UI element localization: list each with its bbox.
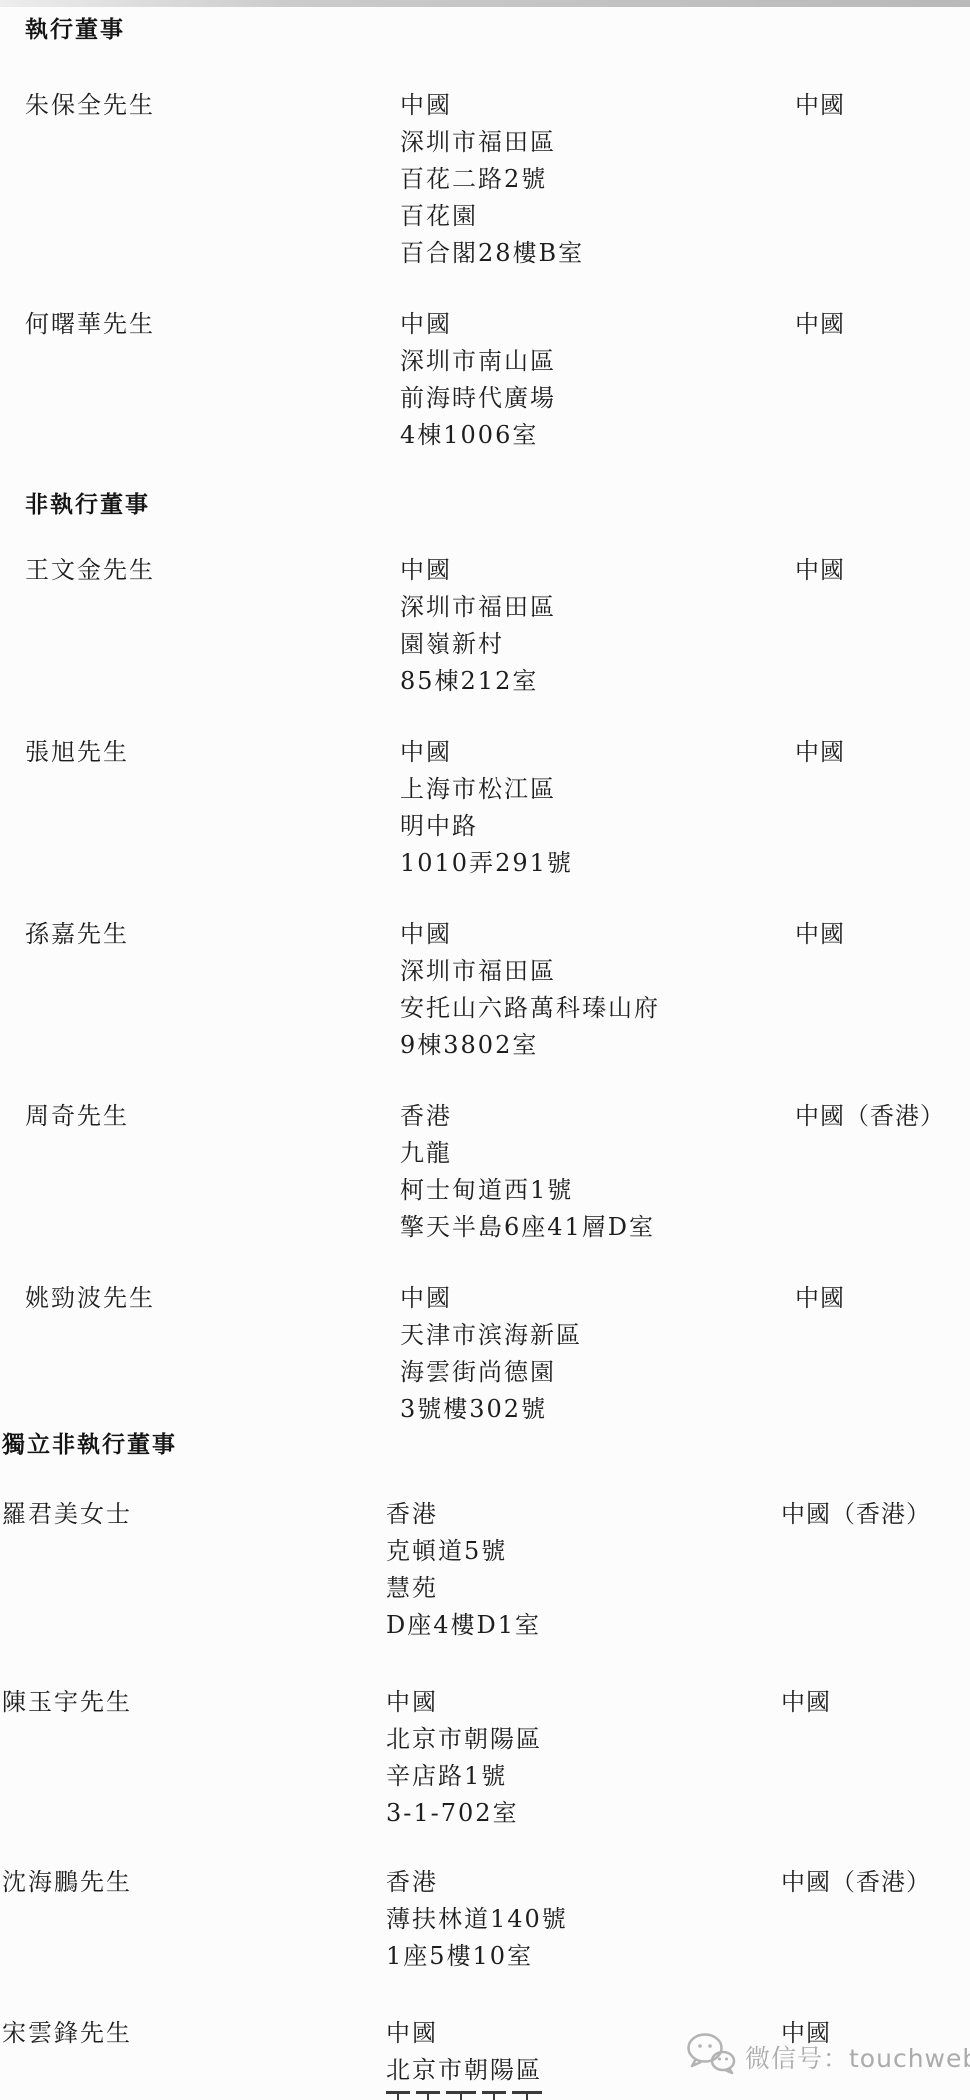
address-line: D座4樓D1室 xyxy=(386,1607,781,1644)
director-address: 中國 天津市滨海新區 海雲街尚德園 3號樓302號 xyxy=(400,1280,795,1428)
watermark: 微信号：touchweb xyxy=(686,2032,970,2082)
address-line: 1010弄291號 xyxy=(400,845,795,882)
address-line: 深圳市福田區 xyxy=(400,953,795,990)
director-row: 孫嘉先生 中國 深圳市福田區 安托山六路萬科瑧山府 9棟3802室 中國 xyxy=(25,916,970,1064)
address-line: 3-1-702室 xyxy=(386,1795,781,1832)
director-address: 香港 克頓道5號 慧苑 D座4樓D1室 xyxy=(386,1496,781,1644)
director-nationality: 中國 xyxy=(795,552,970,589)
clipped-glyph-top xyxy=(482,2091,506,2100)
address-line: 柯士甸道西1號 xyxy=(400,1172,795,1209)
director-address: 香港 薄扶林道140號 1座5樓10室 xyxy=(386,1864,781,1975)
address-line: 園嶺新村 xyxy=(400,626,795,663)
director-row: 周奇先生 香港 九龍 柯士甸道西1號 擎天半島6座41層D室 中國（香港） xyxy=(25,1098,970,1246)
section-header: 執行董事 xyxy=(25,13,970,47)
director-address: 中國 上海市松江區 明中路 1010弄291號 xyxy=(400,734,795,882)
director-name: 張旭先生 xyxy=(25,734,400,771)
director-nationality: 中國 xyxy=(795,1280,970,1317)
director-name: 沈海鵬先生 xyxy=(2,1864,386,1901)
clipped-glyph-top xyxy=(446,2091,476,2100)
address-line: 天津市滨海新區 xyxy=(400,1317,795,1354)
director-row: 沈海鵬先生 香港 薄扶林道140號 1座5樓10室 中國（香港） xyxy=(2,1864,970,1975)
address-line: 深圳市福田區 xyxy=(400,589,795,626)
address-line: 3號樓302號 xyxy=(400,1391,795,1428)
director-nationality: 中國 xyxy=(795,306,970,343)
address-line: 4棟1006室 xyxy=(400,417,795,454)
watermark-label: 微信号：touchweb xyxy=(745,2039,970,2075)
address-line: 深圳市福田區 xyxy=(400,124,795,161)
address-line: 香港 xyxy=(400,1098,795,1135)
address-line: 九龍 xyxy=(400,1135,795,1172)
directors-address-document: 執行董事 朱保全先生 中國 深圳市福田區 百花二路2號 百花園 百合閣28樓B室… xyxy=(0,13,970,2100)
address-line: 中國 xyxy=(400,306,795,343)
director-row: 姚勁波先生 中國 天津市滨海新區 海雲街尚德園 3號樓302號 中國 xyxy=(25,1280,970,1428)
director-row: 朱保全先生 中國 深圳市福田區 百花二路2號 百花園 百合閣28樓B室 中國 xyxy=(25,87,970,272)
director-address: 中國 北京市朝陽區 辛店路1號 3-1-702室 xyxy=(386,1684,781,1832)
address-line: 香港 xyxy=(386,1496,781,1533)
clipped-glyph-top xyxy=(386,2091,410,2100)
director-row: 張旭先生 中國 上海市松江區 明中路 1010弄291號 中國 xyxy=(25,734,970,882)
director-nationality: 中國（香港） xyxy=(781,1496,970,1533)
clipped-glyph-top xyxy=(512,2091,542,2100)
section-executive-directors: 執行董事 朱保全先生 中國 深圳市福田區 百花二路2號 百花園 百合閣28樓B室… xyxy=(25,13,970,454)
director-nationality: 中國 xyxy=(795,87,970,124)
clipped-text-fragment xyxy=(386,2089,781,2100)
director-row: 王文金先生 中國 深圳市福田區 園嶺新村 85棟212室 中國 xyxy=(25,552,970,700)
address-line: 9棟3802室 xyxy=(400,1027,795,1064)
clipped-glyph-top xyxy=(416,2091,440,2100)
address-line: 慧苑 xyxy=(386,1570,781,1607)
director-name: 羅君美女士 xyxy=(2,1496,386,1533)
director-nationality: 中國（香港） xyxy=(795,1098,970,1135)
section-independent-non-executive-directors: 獨立非執行董事 羅君美女士 香港 克頓道5號 慧苑 D座4樓D1室 中國（香港）… xyxy=(2,1428,970,2100)
director-address: 中國 深圳市福田區 安托山六路萬科瑧山府 9棟3802室 xyxy=(400,916,795,1064)
address-line: 深圳市南山區 xyxy=(400,343,795,380)
address-line: 1座5樓10室 xyxy=(386,1938,781,1975)
address-line: 85棟212室 xyxy=(400,663,795,700)
address-line: 香港 xyxy=(386,1864,781,1901)
section-non-executive-directors: 非執行董事 王文金先生 中國 深圳市福田區 園嶺新村 85棟212室 中國 張旭… xyxy=(25,488,970,1428)
director-name: 周奇先生 xyxy=(25,1098,400,1135)
address-line: 北京市朝陽區 xyxy=(386,1721,781,1758)
director-address: 中國 深圳市福田區 百花二路2號 百花園 百合閣28樓B室 xyxy=(400,87,795,272)
address-line: 中國 xyxy=(400,87,795,124)
address-line: 前海時代廣場 xyxy=(400,380,795,417)
director-nationality: 中國 xyxy=(795,916,970,953)
address-line: 薄扶林道140號 xyxy=(386,1901,781,1938)
director-name: 陳玉宇先生 xyxy=(2,1684,386,1721)
director-name: 孫嘉先生 xyxy=(25,916,400,953)
address-line: 中國 xyxy=(386,1684,781,1721)
address-line: 海雲街尚德園 xyxy=(400,1354,795,1391)
director-name: 姚勁波先生 xyxy=(25,1280,400,1317)
director-address: 中國 深圳市福田區 園嶺新村 85棟212室 xyxy=(400,552,795,700)
address-line: 辛店路1號 xyxy=(386,1758,781,1795)
address-line: 明中路 xyxy=(400,808,795,845)
director-row: 羅君美女士 香港 克頓道5號 慧苑 D座4樓D1室 中國（香港） xyxy=(2,1496,970,1644)
address-line: 安托山六路萬科瑧山府 xyxy=(400,990,795,1027)
wechat-icon xyxy=(686,2032,736,2082)
director-row: 何曙華先生 中國 深圳市南山區 前海時代廣場 4棟1006室 中國 xyxy=(25,306,970,454)
address-line: 百合閣28樓B室 xyxy=(400,235,795,272)
address-line: 克頓道5號 xyxy=(386,1533,781,1570)
director-row: 陳玉宇先生 中國 北京市朝陽區 辛店路1號 3-1-702室 中國 xyxy=(2,1684,970,1832)
director-address: 中國 深圳市南山區 前海時代廣場 4棟1006室 xyxy=(400,306,795,454)
director-name: 王文金先生 xyxy=(25,552,400,589)
address-line: 中國 xyxy=(400,916,795,953)
address-line: 中國 xyxy=(400,552,795,589)
director-name: 何曙華先生 xyxy=(25,306,400,343)
address-line: 中國 xyxy=(400,734,795,771)
address-line: 中國 xyxy=(400,1280,795,1317)
section-header: 非執行董事 xyxy=(25,488,970,522)
director-address: 香港 九龍 柯士甸道西1號 擎天半島6座41層D室 xyxy=(400,1098,795,1246)
director-nationality: 中國 xyxy=(781,1684,970,1721)
director-name: 宋雲鋒先生 xyxy=(2,2015,386,2052)
director-nationality: 中國（香港） xyxy=(781,1864,970,1901)
scan-edge-strip xyxy=(0,0,970,7)
address-line: 上海市松江區 xyxy=(400,771,795,808)
section-header: 獨立非執行董事 xyxy=(2,1428,970,1462)
address-line: 擎天半島6座41層D室 xyxy=(400,1209,795,1246)
address-line: 百花二路2號 xyxy=(400,161,795,198)
director-name: 朱保全先生 xyxy=(25,87,400,124)
director-nationality: 中國 xyxy=(795,734,970,771)
address-line: 百花園 xyxy=(400,198,795,235)
